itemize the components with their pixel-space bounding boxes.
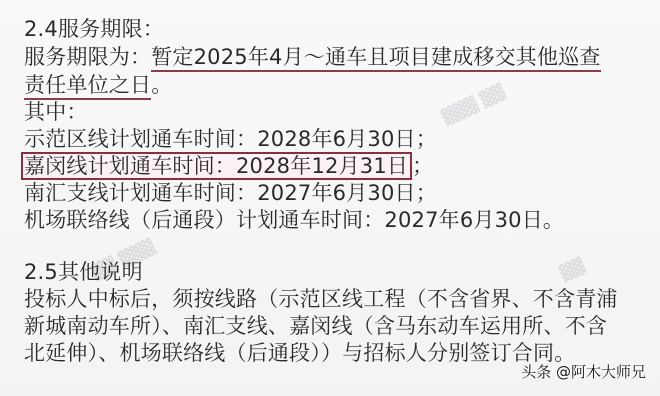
among-label: 其中：: [24, 99, 88, 125]
section-2-5-heading: 2.5其他说明: [24, 259, 143, 285]
watermark: ▓▓: [557, 256, 587, 284]
service-period-value-cont: 责任单位之日: [24, 73, 151, 100]
service-period-line: 服务期限为：暂定2025年4月～通车且项目建成移交其他巡查: [24, 44, 601, 70]
schedule-item-highlighted: 嘉闵线计划通车时间：2028年12月31日；: [24, 153, 433, 179]
highlight-box: 嘉闵线计划通车时间：2028年12月31日: [21, 152, 412, 180]
watermark: ▓▓▓ ▓▓: [439, 82, 507, 127]
service-period-value: 暂定2025年4月～通车且项目建成移交其他巡查: [151, 45, 600, 72]
section-2-5-text: 北延伸）、机场联络线（后通段））与招标人分别签订合同。: [24, 340, 575, 366]
schedule-item: 南汇支线计划通车时间：2027年6月30日；: [24, 180, 437, 206]
period-end: 。: [151, 73, 172, 97]
section-2-5-text: 新城南动车所）、南汇支线、嘉闵线（含马东动车运用所、不含: [24, 313, 607, 339]
service-period-label: 服务期限为：: [24, 45, 151, 69]
section-2-5-text: 投标人中标后，须按线路（示范区线工程（不含省界、不含青浦: [24, 286, 618, 312]
schedule-item: 机场联络线（后通段）计划通车时间：2027年6月30日。: [24, 207, 564, 233]
schedule-suffix: ；: [412, 154, 433, 178]
section-2-4-heading: 2.4服务期限：: [24, 16, 164, 42]
document-page: ▓▓▓ ▓▓ ▓▓ ▓▓▓ ▓▓ 2.4服务期限： 服务期限为：暂定2025年4…: [0, 0, 660, 396]
source-credit: 头条 @阿木大师兄: [521, 361, 646, 382]
schedule-item: 示范区线计划通车时间：2028年6月30日；: [24, 126, 437, 152]
service-period-line-2: 责任单位之日。: [24, 72, 172, 98]
